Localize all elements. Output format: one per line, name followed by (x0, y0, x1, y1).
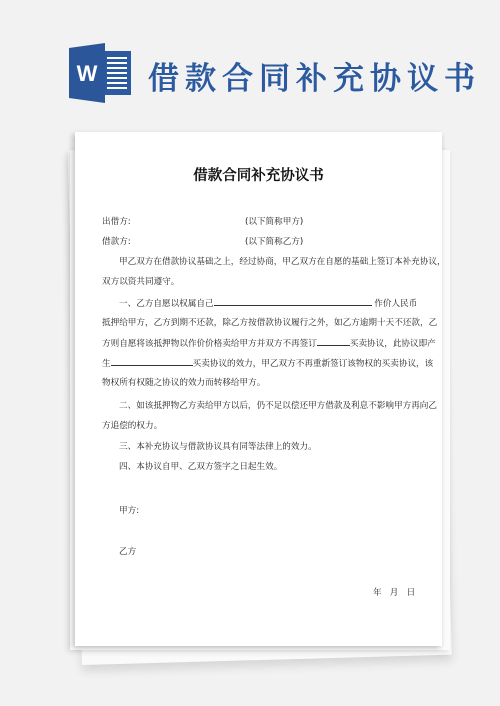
document-page: 借款合同补充协议书 出借方: (以下简称甲方) 借款方: (以下简称乙方) 甲乙… (75, 132, 442, 646)
borrower-label: 借款方: (102, 235, 131, 247)
clause1-line-4: 生买卖协议的效力，甲乙双方不再重新签订该物权的买卖协议，该 (102, 356, 433, 369)
intro-line-1: 甲乙双方在借款协议基础之上，经过协商，甲乙双方在自愿的基础上签订本补充协议， (119, 255, 446, 267)
clause1-line-2: 抵押给甲方，乙方到期不还款，除乙方按借款协议履行之外，如乙方逾期十天不还款，乙 (102, 316, 437, 328)
party-a-signature: 甲方: (119, 504, 139, 516)
clause1-line-3: 方则自愿将该抵押物以作价价格卖给甲方并双方不再签订买卖协议，此协议即产 (102, 336, 436, 349)
signature-date: 年 月 日 (373, 586, 415, 598)
clause1-line3-end: 买卖协议，此协议即产 (350, 339, 436, 349)
intro-line-2: 双方以资共同遵守。 (102, 275, 179, 287)
header-banner: W 借款合同补充协议书 (0, 0, 500, 115)
effect-blank (111, 356, 193, 366)
clause4: 四、本协议自甲、乙双方签字之日起生效。 (119, 460, 282, 472)
party-b-signature: 乙方 (119, 545, 136, 557)
document-title: 借款合同补充协议书 (75, 164, 442, 185)
clause1-line4-end: 买卖协议的效力，甲乙双方不再重新签订该物权的买卖协议，该 (193, 359, 434, 369)
property-blank (214, 296, 372, 306)
clause1-line-5: 物权所有权随之协议的效力而转移给甲方。 (102, 376, 265, 388)
word-icon: W (69, 43, 133, 103)
clause3: 三、本补充协议与借款协议具有同等法律上的效力。 (119, 440, 317, 452)
borrower-note: (以下简称乙方) (245, 235, 303, 247)
lender-note: (以下简称甲方) (245, 215, 303, 227)
clause1-text-start: 一、乙方自愿以权属自己 (119, 299, 214, 309)
clause1-text-end: 作价人民币 (374, 299, 417, 309)
clause2-line-2: 方追偿的权力。 (102, 419, 162, 431)
clause1-line4-start: 生 (102, 359, 111, 369)
clause1-line3-start: 方则自愿将该抵押物以作价价格卖给甲方并双方不再签订 (102, 339, 317, 349)
header-title: 借款合同补充协议书 (148, 53, 481, 98)
agreement-blank (317, 336, 350, 346)
lender-label: 出借方: (102, 215, 131, 227)
clause2-line-1: 二、如该抵押物乙方卖给甲方以后，仍不足以偿还甲方借款及利息不影响甲方再向乙 (119, 399, 437, 411)
svg-text:W: W (77, 61, 98, 86)
clause1-line-1: 一、乙方自愿以权属自己 作价人民币 (119, 296, 417, 309)
